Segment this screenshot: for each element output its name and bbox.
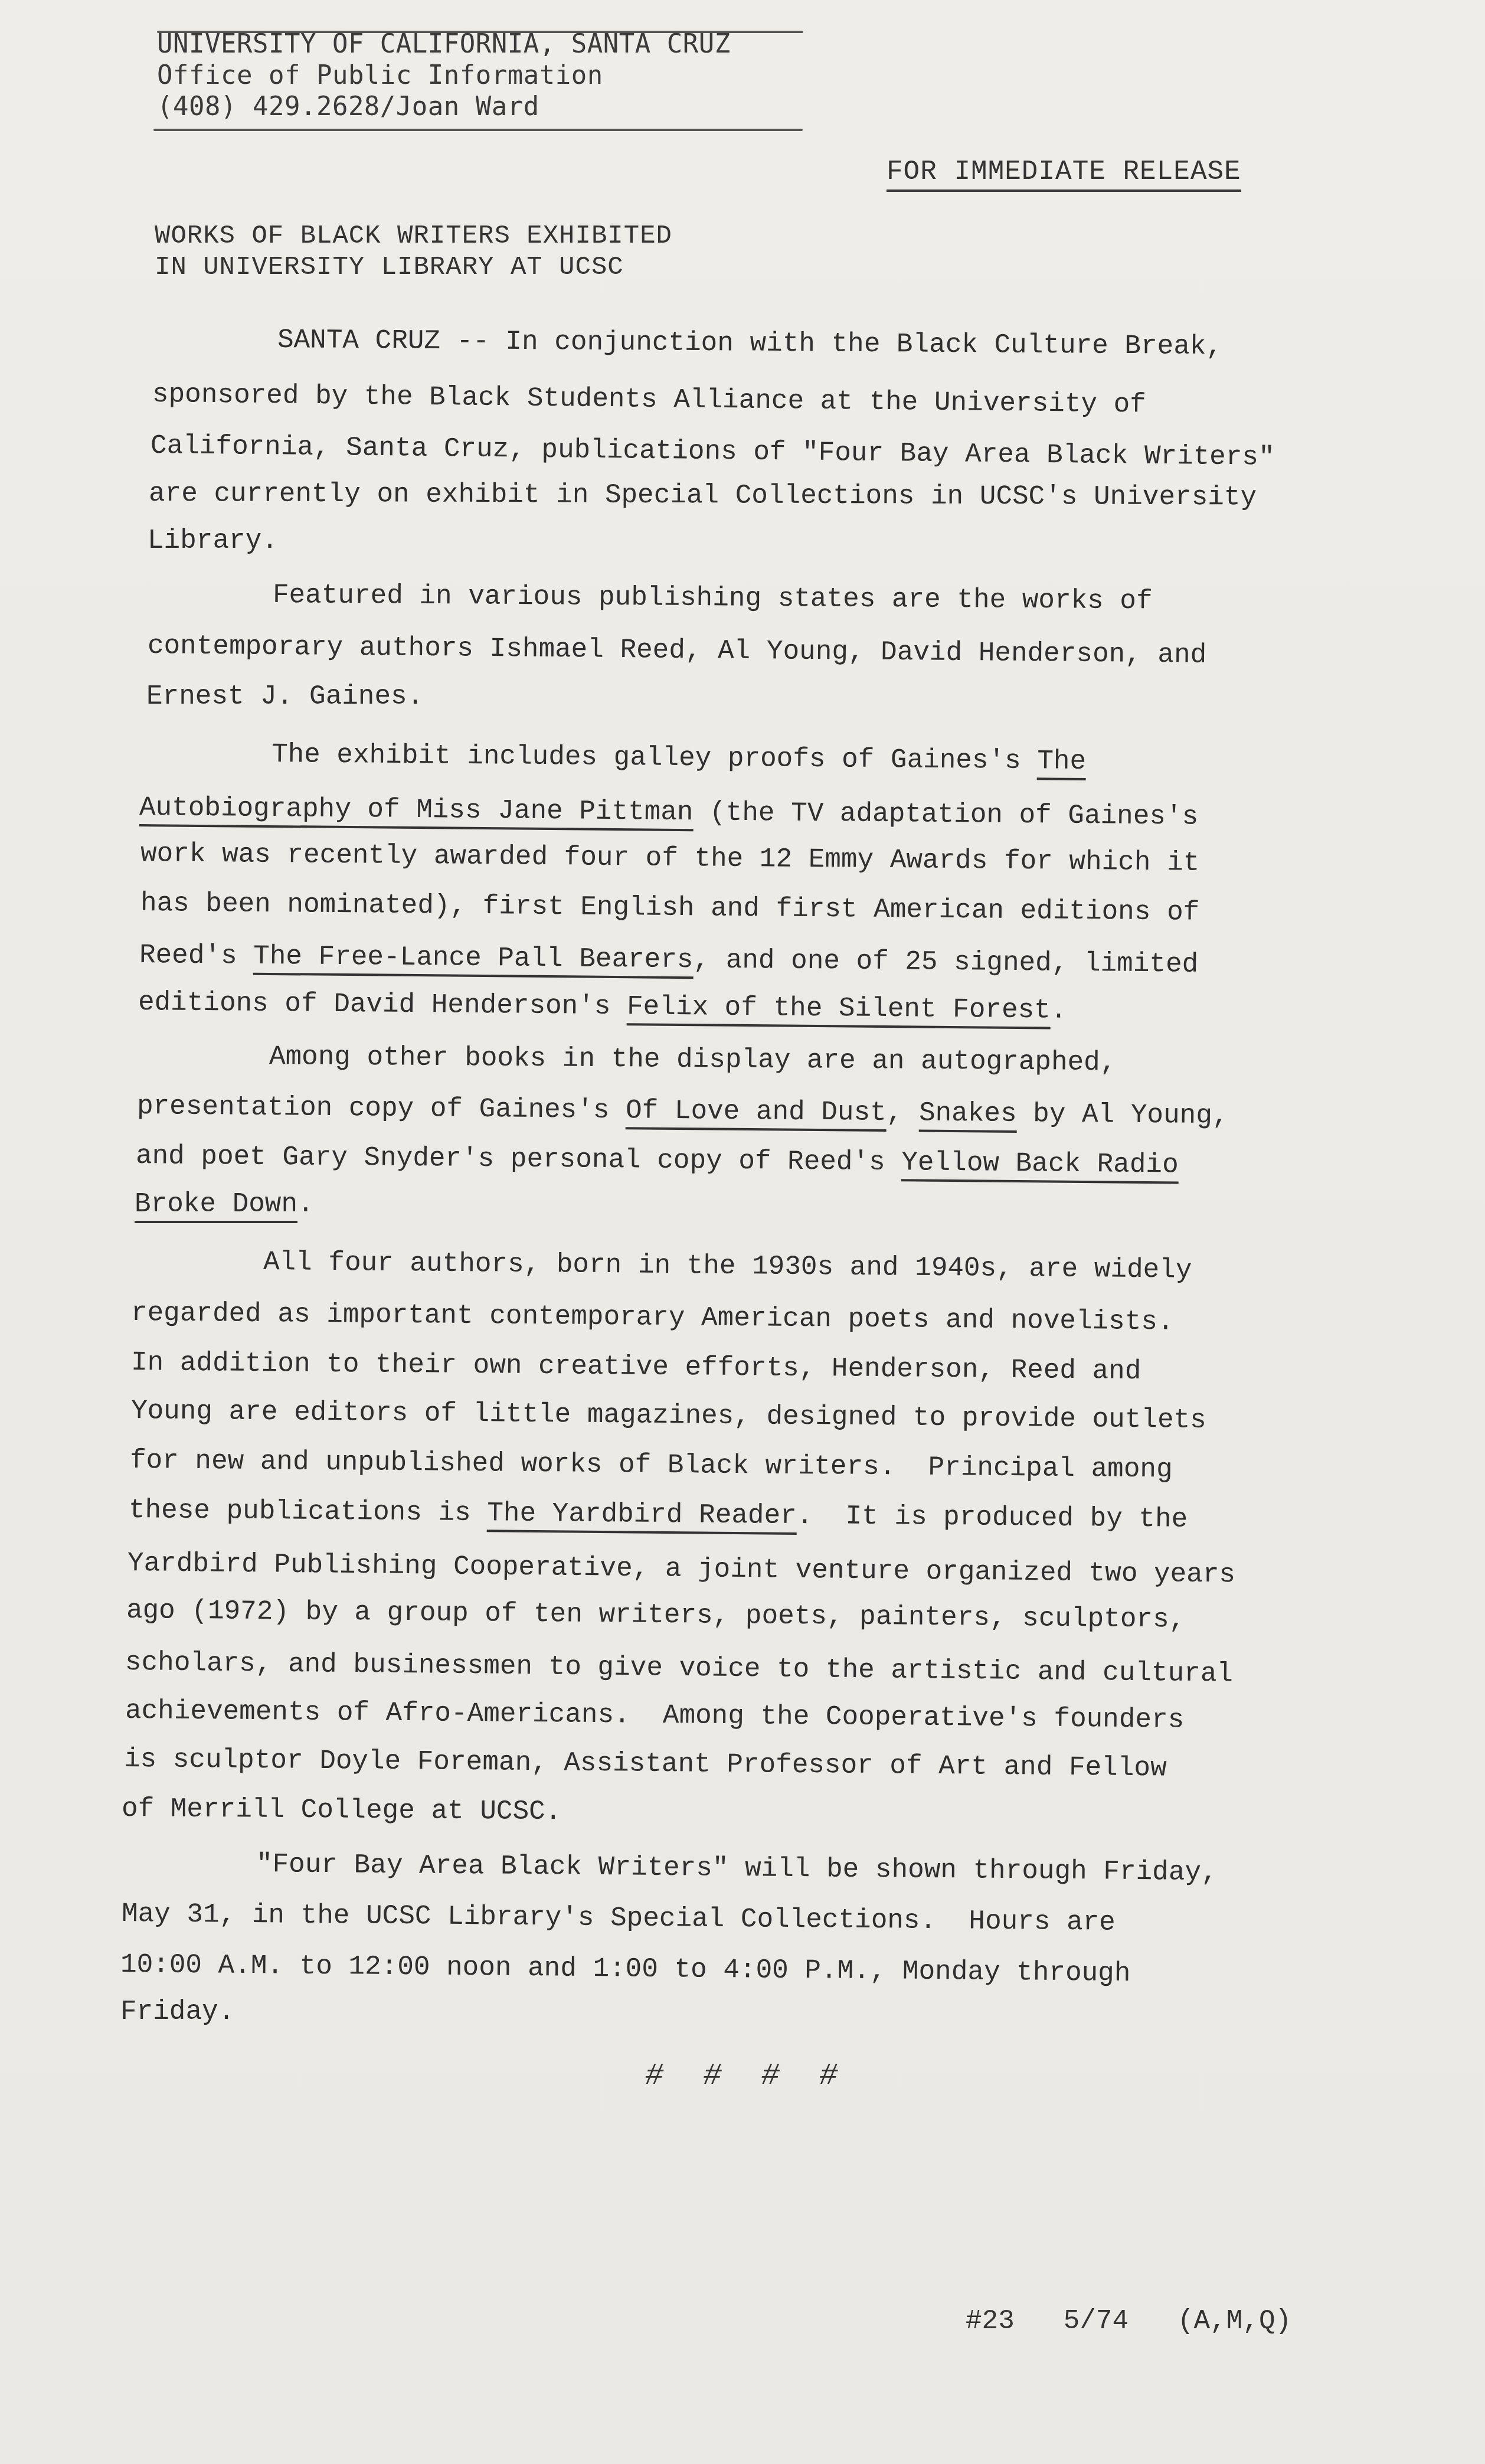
body-line: Reed's The Free-Lance Pall Bearers, and … xyxy=(139,939,1199,981)
body-line: contemporary authors Ishmael Reed, Al Yo… xyxy=(148,629,1207,672)
body-line: work was recently awarded four of the 12… xyxy=(140,837,1200,880)
body-line: are currently on exhibit in Special Coll… xyxy=(149,477,1257,514)
letterhead-bottom-rule xyxy=(153,129,803,131)
body-line: Broke Down. xyxy=(135,1188,314,1221)
body-line: scholars, and businessmen to give voice … xyxy=(125,1646,1234,1691)
book-title: Of Love and Dust xyxy=(626,1095,887,1132)
body-text-segment: scholars, and businessmen to give voice … xyxy=(125,1647,1234,1689)
body-text-segment: The exhibit includes galley proofs of Ga… xyxy=(272,739,1038,776)
book-title: The Free-Lance Pall Bearers xyxy=(253,941,694,979)
body-line: May 31, in the UCSC Library's Special Co… xyxy=(122,1897,1116,1939)
body-text-segment: work was recently awarded four of the 12… xyxy=(140,838,1200,878)
headline-line-1: WORKS OF BLACK WRITERS EXHIBITED xyxy=(155,221,672,252)
body-line: and poet Gary Snyder's personal copy of … xyxy=(136,1139,1179,1181)
body-line: Autobiography of Miss Jane Pittman (the … xyxy=(139,791,1199,834)
body-text-segment: ago (1972) by a group of ten writers, po… xyxy=(126,1595,1186,1635)
body-line: has been nominated), first English and f… xyxy=(140,887,1200,929)
body-line: Library. xyxy=(148,524,278,557)
body-text-segment: Ernest J. Gaines. xyxy=(146,681,423,712)
body-line: sponsored by the Black Students Alliance… xyxy=(152,378,1146,421)
body-line: for new and unpublished works of Black w… xyxy=(130,1444,1173,1486)
body-text-segment: Among other books in the display are an … xyxy=(269,1041,1117,1078)
body-text-segment: for new and unpublished works of Black w… xyxy=(130,1445,1173,1485)
body-text-segment: and poet Gary Snyder's personal copy of … xyxy=(136,1141,902,1178)
body-text-segment: contemporary authors Ishmael Reed, Al Yo… xyxy=(148,630,1207,671)
end-mark: # # # # xyxy=(645,2058,848,2093)
body-text-segment: (the TV adaptation of Gaines's xyxy=(693,797,1198,832)
body-line: Friday. xyxy=(120,1995,234,2028)
body-text-segment: All four authors, born in the 1930s and … xyxy=(263,1247,1192,1286)
letterhead: UNIVERSITY OF CALIFORNIA, SANTA CRUZ Off… xyxy=(157,28,803,122)
body-line: SANTA CRUZ -- In conjunction with the Bl… xyxy=(277,323,1222,363)
body-line: of Merrill College at UCSC. xyxy=(122,1792,562,1828)
body-text-segment: these publications is xyxy=(129,1495,488,1528)
distribution-code: (A,M,Q) xyxy=(1177,2306,1291,2336)
headline-line-2: IN UNIVERSITY LIBRARY AT UCSC xyxy=(155,252,672,283)
body-text-segment: by Al Young, xyxy=(1016,1099,1228,1131)
office-name: Office of Public Information xyxy=(157,60,803,91)
body-line: Ernest J. Gaines. xyxy=(146,680,423,713)
book-title: Autobiography of Miss Jane Pittman xyxy=(139,792,694,831)
book-title: The Yardbird Reader xyxy=(487,1498,797,1535)
body-text-segment: of Merrill College at UCSC. xyxy=(122,1793,562,1827)
body-line: In addition to their own creative effort… xyxy=(131,1346,1141,1388)
body-text-segment: Friday. xyxy=(120,1996,234,2027)
body-text-segment: . xyxy=(1051,995,1067,1025)
body-line: The exhibit includes galley proofs of Ga… xyxy=(272,738,1087,778)
release-number: #23 xyxy=(966,2306,1015,2336)
body-line: Yardbird Publishing Cooperative, a joint… xyxy=(127,1547,1236,1592)
body-line: "Four Bay Area Black Writers" will be sh… xyxy=(256,1848,1218,1889)
headline: WORKS OF BLACK WRITERS EXHIBITED IN UNIV… xyxy=(155,221,672,283)
body-line: presentation copy of Gaines's Of Love an… xyxy=(137,1090,1229,1132)
body-line: editions of David Henderson's Felix of t… xyxy=(138,986,1067,1027)
body-text-segment: regarded as important contemporary Ameri… xyxy=(131,1298,1174,1337)
body-line: Young are editors of little magazines, d… xyxy=(131,1394,1206,1437)
body-text-segment: editions of David Henderson's xyxy=(138,987,627,1022)
body-text-segment: In addition to their own creative effort… xyxy=(131,1347,1141,1387)
book-title: Yellow Back Radio xyxy=(901,1147,1179,1184)
release-notice: FOR IMMEDIATE RELEASE xyxy=(887,156,1241,192)
body-line: Among other books in the display are an … xyxy=(269,1040,1117,1079)
body-text-segment: Yardbird Publishing Cooperative, a joint… xyxy=(127,1548,1236,1590)
footer-code: #23 5/74 (A,M,Q) xyxy=(966,2306,1291,2336)
body-text-segment: Young are editors of little magazines, d… xyxy=(131,1396,1206,1436)
body-text-segment: May 31, in the UCSC Library's Special Co… xyxy=(122,1898,1116,1938)
book-title: Snakes xyxy=(919,1098,1017,1133)
release-date: 5/74 xyxy=(1064,2306,1129,2336)
body-text-segment: "Four Bay Area Black Writers" will be sh… xyxy=(256,1849,1218,1888)
body-text-segment: SANTA CRUZ -- In conjunction with the Bl… xyxy=(277,325,1222,362)
body-line: regarded as important contemporary Ameri… xyxy=(131,1296,1174,1338)
body-text-segment: Featured in various publishing states ar… xyxy=(273,580,1153,616)
book-title: Felix of the Silent Forest xyxy=(627,991,1051,1029)
body-line: 10:00 A.M. to 12:00 noon and 1:00 to 4:0… xyxy=(120,1948,1131,1990)
body-text-segment: presentation copy of Gaines's xyxy=(137,1091,626,1126)
body-text-segment: , xyxy=(887,1097,920,1128)
body-text-segment: Library. xyxy=(148,525,278,556)
body-text-segment: has been nominated), first English and f… xyxy=(140,888,1200,928)
contact-line: (408) 429.2628/Joan Ward xyxy=(157,91,803,122)
book-title: The xyxy=(1037,746,1086,780)
press-release-page: UNIVERSITY OF CALIFORNIA, SANTA CRUZ Off… xyxy=(0,0,1485,2464)
body-text-segment: achievements of Afro-Americans. Among th… xyxy=(125,1695,1185,1736)
body-text-segment: are currently on exhibit in Special Coll… xyxy=(149,478,1257,513)
body-line: these publications is The Yardbird Reade… xyxy=(129,1494,1188,1536)
body-line: ago (1972) by a group of ten writers, po… xyxy=(126,1594,1186,1636)
body-text-segment: . xyxy=(297,1189,314,1220)
body-line: achievements of Afro-Americans. Among th… xyxy=(125,1694,1185,1737)
body-line: is sculptor Doyle Foreman, Assistant Pro… xyxy=(124,1743,1167,1785)
body-text-segment: sponsored by the Black Students Alliance… xyxy=(152,379,1146,420)
body-line: California, Santa Cruz, publications of … xyxy=(151,429,1275,474)
body-text-segment: is sculptor Doyle Foreman, Assistant Pro… xyxy=(124,1744,1167,1783)
body-text-segment: Reed's xyxy=(139,940,254,972)
body-line: Featured in various publishing states ar… xyxy=(273,579,1153,617)
book-title: Broke Down xyxy=(135,1189,297,1223)
body-text-segment: , and one of 25 signed, limited xyxy=(693,945,1198,979)
body-line: All four authors, born in the 1930s and … xyxy=(263,1246,1192,1287)
body-text-segment: California, Santa Cruz, publications of … xyxy=(151,430,1275,473)
body-text-segment: 10:00 A.M. to 12:00 noon and 1:00 to 4:0… xyxy=(120,1949,1131,1989)
body-text-segment: . It is produced by the xyxy=(797,1501,1188,1535)
institution-name: UNIVERSITY OF CALIFORNIA, SANTA CRUZ xyxy=(157,28,803,60)
